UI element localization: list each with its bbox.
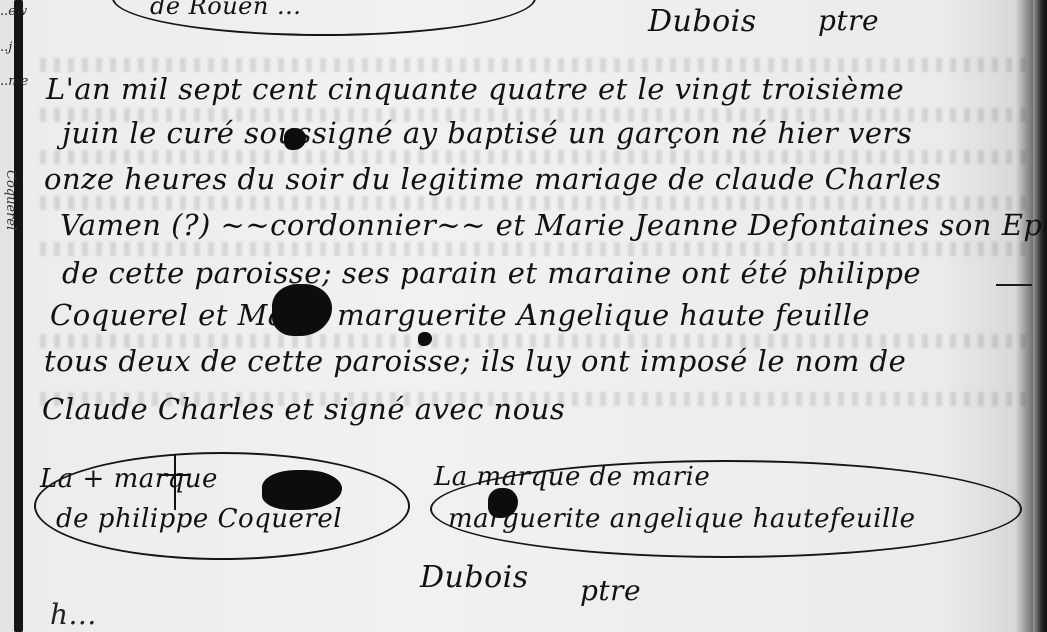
margin-note: ..ew [0,4,27,19]
next-entry-fragment: h... [50,598,97,631]
entry-line-6: Coquerel et Marie marguerite Angelique h… [50,298,870,332]
scanned-register-page: ..ew ..j ..me Coquerel de Rouen ... Dubo… [0,0,1047,632]
godfather-mark-label-1: La + marque [40,464,218,494]
entry-line-3: onze heures du soir du legitime mariage … [44,162,942,196]
entry-line-8: Claude Charles et signé avec nous [42,392,565,426]
line-filler-stroke [996,284,1032,286]
previous-entry-tail: de Rouen ... [150,0,301,20]
entry-line-1: L'an mil sept cent cinquante quatre et l… [46,72,904,106]
margin-ruling-line [14,0,23,632]
priest-title: ptre [580,574,641,607]
margin-note: ..me [0,74,28,89]
previous-priest-title: ptre [818,4,879,37]
bleed-through [40,242,1027,256]
entry-line-2: juin le curé soussigné ay baptisé un gar… [62,116,912,150]
godfather-mark-label-2: de philippe Coquerel [56,504,342,534]
margin-note: ..j [0,40,12,55]
previous-priest-signature: Dubois [648,4,757,39]
godmother-mark-label-2: marguerite angelique hautefeuille [448,504,916,534]
priest-signature: Dubois [420,560,529,595]
entry-line-7: tous deux de cette paroisse; ils luy ont… [44,344,906,378]
entry-line-5: de cette paroisse; ses parain et maraine… [62,256,921,290]
godmother-mark-label-1: La marque de marie [434,462,710,492]
page-edge-shadow [1033,0,1047,632]
entry-line-4: Vamen (?) ~~cordonnier~~ et Marie Jeanne… [60,208,1047,242]
margin-vertical-note: Coquerel [3,170,18,230]
bleed-through [40,58,1027,72]
